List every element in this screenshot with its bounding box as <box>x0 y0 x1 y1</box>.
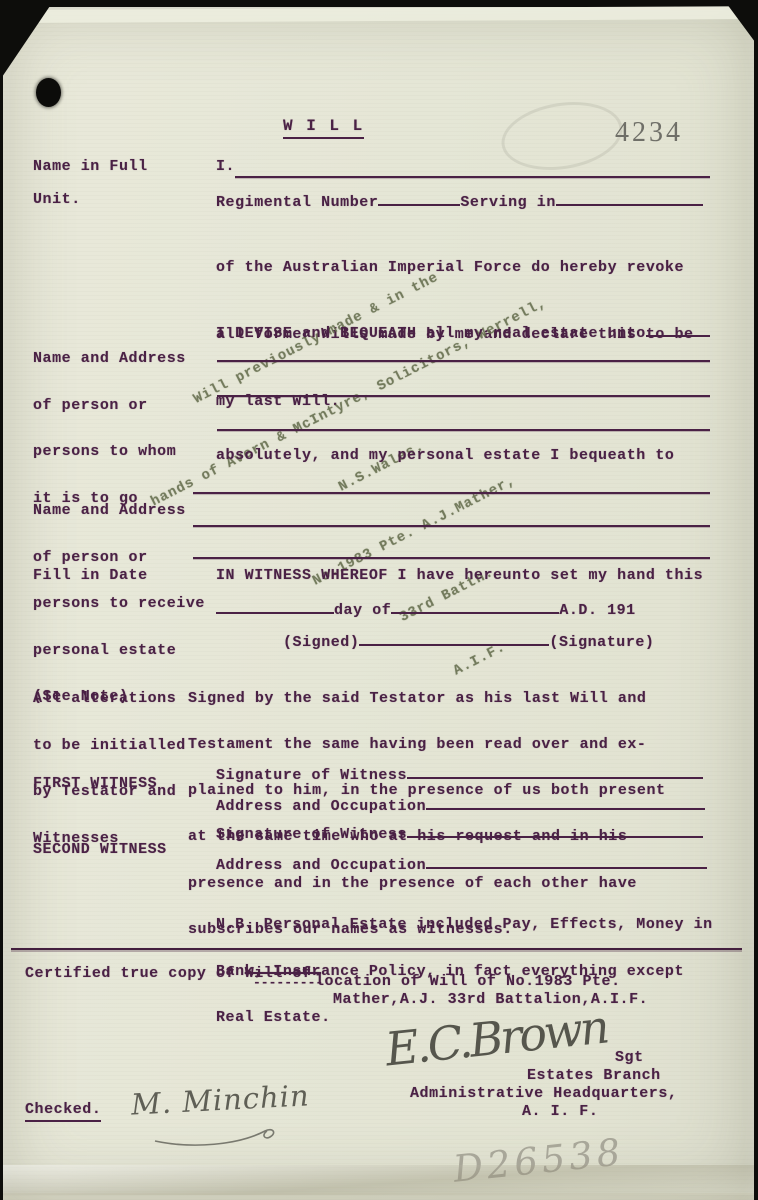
real-estate-blank <box>646 322 710 337</box>
day-of-label: day of <box>334 602 391 619</box>
address-occupation-label: Address and Occupation <box>216 857 426 874</box>
registry-number-stamp: 4234 <box>615 117 683 149</box>
label-line: of person or <box>33 550 205 566</box>
checked-label: Checked. <box>25 1101 101 1122</box>
paper-sheet: W I L L 4234 Name in Full I. Unit. Regim… <box>3 7 754 1200</box>
checker-signature-handwritten: M. Minchin <box>130 1078 310 1121</box>
serving-in-blank <box>556 191 703 206</box>
field-label-name-in-full: Name in Full <box>33 158 148 176</box>
nb-line: N.B. Personal Estate included Pay, Effec… <box>216 917 713 933</box>
first-witness-address-row: Address and Occupation <box>216 795 705 816</box>
name-value-prefix: I. <box>216 158 235 176</box>
ad-191-label: A.D. 191 <box>559 602 635 619</box>
date-row: day ofA.D. 191 <box>216 599 636 620</box>
devise-clause-row: I DEVISE and BEQUEATH all my real estate… <box>216 322 710 343</box>
document-title: W I L L <box>283 117 364 139</box>
label-line: persons to whom <box>33 444 186 460</box>
label-line: to be initialled <box>33 738 186 754</box>
label-line: persons to receive <box>33 596 205 612</box>
day-blank <box>216 599 334 614</box>
paper-edge-behind <box>33 6 740 23</box>
real-estate-blank-line <box>217 429 710 431</box>
personal-estate-blank-line <box>193 492 710 494</box>
paper-crease <box>3 1165 754 1195</box>
paper-bottom-edge <box>3 1193 754 1200</box>
real-estate-blank-line <box>217 360 710 362</box>
witness-signature-blank <box>407 764 703 779</box>
field-label-fill-in-date: Fill in Date <box>33 567 148 585</box>
punch-hole-icon <box>36 78 61 107</box>
testator-signature-blank <box>359 631 549 646</box>
signature-label: (Signature) <box>549 634 654 651</box>
second-witness-label: SECOND WITNESS <box>33 841 167 859</box>
signed-row: (Signed)(Signature) <box>283 631 655 652</box>
field-label-unit: Unit. <box>33 191 81 209</box>
will-location-line: location of Will of No.1983 Pte. <box>315 973 621 991</box>
second-witness-address-row: Address and Occupation <box>216 854 707 875</box>
attestation-line: Testament the same having been read over… <box>188 737 666 752</box>
signature-of-witness-label: Signature of Witness <box>216 767 407 784</box>
section-divider-rule <box>11 948 742 950</box>
month-blank <box>391 599 559 614</box>
admin-hq-line: Administrative Headquarters, <box>410 1085 677 1103</box>
aif-line: A. I. F. <box>522 1103 598 1121</box>
estates-branch-line: Estates Branch <box>527 1067 661 1085</box>
signature-of-witness-label: Signature of Witness <box>216 826 407 843</box>
personal-estate-blank-line <box>193 525 710 527</box>
first-witness-signature-row: Signature of Witness <box>216 764 703 785</box>
label-line: Name and Address <box>33 351 186 367</box>
faint-round-stamp <box>497 94 628 178</box>
strike-dashes: --------- <box>253 974 323 992</box>
name-blank-line <box>235 176 710 178</box>
label-line: All alterations <box>33 691 186 707</box>
label-line: Name and Address <box>33 503 205 519</box>
witness-address-blank <box>426 795 705 810</box>
first-witness-label: FIRST WITNESS <box>33 775 157 793</box>
regimental-number-label: Regimental Number <box>216 194 378 211</box>
devise-clause: I DEVISE and BEQUEATH all my real estate… <box>216 325 646 342</box>
rank-label: Sgt <box>615 1049 644 1067</box>
witness-whereof-clause: IN WITNESS WHEREOF I have hereunto set m… <box>216 567 703 585</box>
label-line: personal estate <box>33 643 205 659</box>
personal-estate-blank-line <box>193 557 710 559</box>
attestation-line: Signed by the said Testator as his last … <box>188 691 666 706</box>
absolutely-clause: absolutely, and my personal estate I beq… <box>216 447 674 465</box>
certified-prefix: Certified true copy of <box>25 965 245 982</box>
second-witness-signature-row: Signature of Witness <box>216 823 703 844</box>
label-line: of person or <box>33 398 186 414</box>
signed-label: (Signed) <box>283 634 359 651</box>
signature-flourish <box>153 1121 283 1147</box>
address-occupation-label: Address and Occupation <box>216 798 426 815</box>
witness-address-blank <box>426 854 707 869</box>
real-estate-blank-line <box>217 395 710 397</box>
witness-signature-blank <box>407 823 703 838</box>
